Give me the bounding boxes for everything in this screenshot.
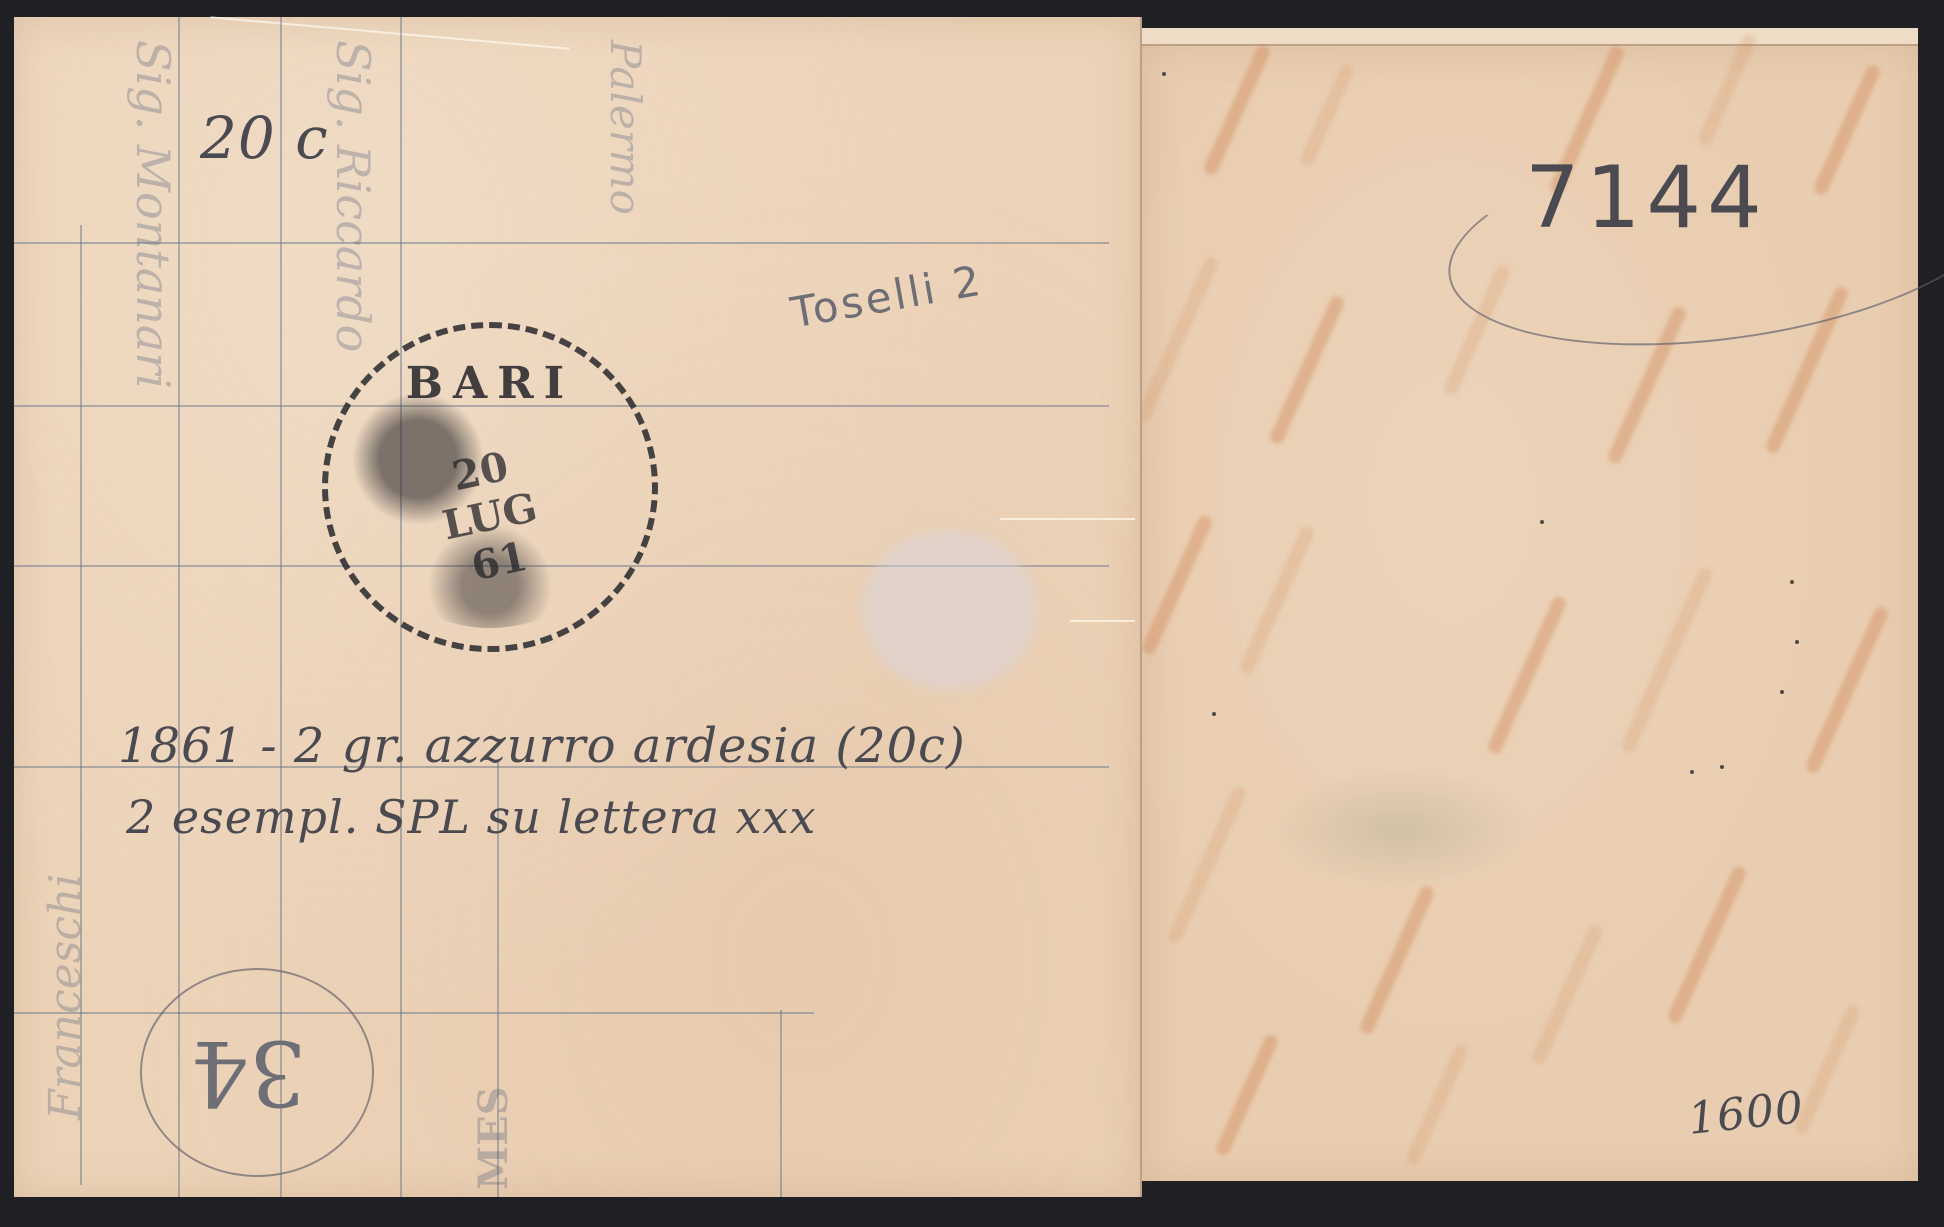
- ledger-rule: [780, 1010, 782, 1197]
- ink-speck: [1795, 640, 1799, 644]
- circled-number: 34: [190, 1020, 307, 1125]
- ink-speck: [1780, 690, 1784, 694]
- ledger-ghost-text: Franceschi: [40, 874, 91, 1120]
- description-line-2: 2 esempl. SPL su lettera xxx: [126, 790, 816, 844]
- ink-speck: [1212, 712, 1216, 716]
- ink-speck: [1690, 770, 1694, 774]
- ledger-ghost-text: Palermo: [601, 40, 650, 215]
- ledger-ghost-text: Sig. Montanari: [126, 40, 180, 389]
- ink-speck: [1790, 580, 1794, 584]
- stamp-offset-trace: [1270, 770, 1530, 890]
- wax-seal-trace: [862, 530, 1037, 690]
- value-note: 20 c: [200, 104, 329, 172]
- ink-speck: [1162, 72, 1166, 76]
- ledger-rule: [14, 1012, 814, 1014]
- description-line-1: 1861 - 2 gr. azzurro ardesia (20c): [118, 718, 966, 774]
- postmark-town: BARI: [328, 358, 652, 409]
- paper-crease: [1000, 518, 1135, 520]
- ledger-ghost-stamp: MES: [470, 1086, 517, 1190]
- ink-speck: [1540, 520, 1544, 524]
- ink-speck: [1720, 765, 1724, 769]
- postmark: BARI 20 LUG 61: [322, 322, 658, 652]
- reference-number: 7144: [1525, 148, 1768, 248]
- paper-crease: [1070, 620, 1135, 622]
- ledger-ghost-text: Sig. Riccardo: [326, 40, 380, 352]
